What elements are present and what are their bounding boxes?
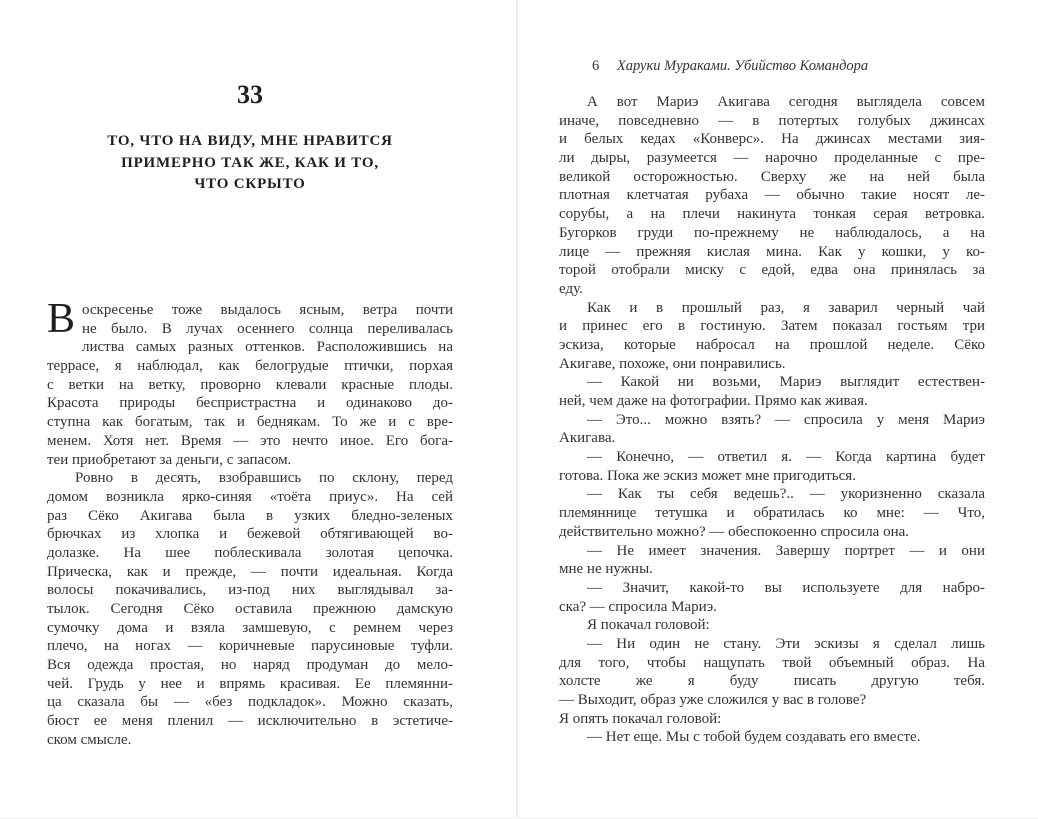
paragraph: — Ни один не стану. Эти эскизы я сделал … xyxy=(559,635,985,710)
text-line: Как и в прошлый раз, я заварил черный ча… xyxy=(559,299,985,318)
text-line: — Это... можно взять? — спросила у меня … xyxy=(559,411,985,430)
text-line: волосы покачивались, из-под них выглядыв… xyxy=(47,581,453,600)
paragraph: — Как ты себя ведешь?.. — укоризненно ск… xyxy=(559,485,985,541)
text-line: и белых кедах «Конверс». На джинсах мест… xyxy=(559,130,985,149)
text-line: мне не нужны. xyxy=(559,560,985,579)
text-line: для того, чтобы нащупать твой объемный о… xyxy=(559,654,985,673)
chapter-title: ТО, ЧТО НА ВИДУ, МНЕ НРАВИТСЯ ПРИМЕРНО Т… xyxy=(47,131,453,196)
text-line: плечо, на ногах — коричневые парусиновые… xyxy=(47,637,453,656)
text-line: раз Сёко Акигава была в узких бледно-зел… xyxy=(47,507,453,526)
text-line: с ветки на ветку, проворно клевали красн… xyxy=(47,376,453,395)
text-line: брючках из хлопка и бежевой обтягивающей… xyxy=(47,525,453,544)
text-line: ступна как богатым, так и беднякам. То ж… xyxy=(47,413,453,432)
text-line: Я покачал головой: xyxy=(559,616,985,635)
text-line: — Значит, какой-то вы используете для на… xyxy=(559,579,985,598)
drop-cap-letter: В xyxy=(47,301,75,338)
text-line: — Выходит, образ уже сложился у вас в го… xyxy=(559,691,985,710)
text-line: ли дыры, разумеется — нарочно проделанны… xyxy=(559,149,985,168)
text-line: — Как ты себя ведешь?.. — укоризненно ск… xyxy=(559,485,985,504)
text-line: сорубы, а на плечи накинута тонкая серая… xyxy=(559,205,985,224)
paragraph: — Не имеет значения. Завершу портрет — и… xyxy=(559,542,985,579)
paragraph: Ровно в десять, взобравшись по склону, п… xyxy=(47,469,453,749)
text-line: эскиза, которые набросал на прошлой неде… xyxy=(559,336,985,355)
paragraph: — Какой ни возьми, Мариэ выглядит естест… xyxy=(559,373,985,410)
left-page-body-text: Воскресенье тоже выдалось ясным, ветра п… xyxy=(47,301,453,750)
text-line: ней, чем даже на фотографии. Прямо как ж… xyxy=(559,392,985,411)
paragraph: — Нет еще. Мы с тобой будем создавать ег… xyxy=(559,728,985,747)
text-line: террасе, я наблюдал, как белогрудые птич… xyxy=(47,357,453,376)
text-line: Акигаве, похоже, они понравились. xyxy=(559,355,985,374)
text-line: сумочку дома и взяла замшевую, с ремнем … xyxy=(47,619,453,638)
text-line: — Какой ни возьми, Мариэ выглядит естест… xyxy=(559,373,985,392)
paragraph: — Это... можно взять? — спросила у меня … xyxy=(559,411,985,448)
text-line: готова. Пока же эскиз может мне пригодит… xyxy=(559,467,985,486)
paragraph: Я покачал головой: xyxy=(559,616,985,635)
text-line: действительно можно? — обеспокоенно спро… xyxy=(559,523,985,542)
text-line: Ровно в десять, взобравшись по склону, п… xyxy=(47,469,453,488)
chapter-title-line: ПРИМЕРНО ТАК ЖЕ, КАК И ТО, xyxy=(47,153,453,175)
text-line: ском смысле. xyxy=(47,731,453,750)
paragraph: — Конечно, — ответил я. — Когда картина … xyxy=(559,448,985,485)
text-line: лице — прежняя кислая мина. Как у кошки,… xyxy=(559,243,985,262)
text-line: ца сказала бы — «без подкладок». Можно с… xyxy=(47,693,453,712)
text-line: торой отобрали миску с едой, едва она пр… xyxy=(559,261,985,280)
text-line: менем. Хотя нет. Время — это нечто иное.… xyxy=(47,432,453,451)
text-line: Я опять покачал головой: xyxy=(559,710,985,729)
text-line: Красота природы беспристрастна и одинако… xyxy=(47,394,453,413)
text-line: тылок. Сегодня Сёко оставила прежнюю дам… xyxy=(47,600,453,619)
chapter-title-line: ТО, ЧТО НА ВИДУ, МНЕ НРАВИТСЯ xyxy=(47,131,453,153)
text-line: долазке. На шее поблескивала золотая цеп… xyxy=(47,544,453,563)
paragraph: — Значит, какой-то вы используете для на… xyxy=(559,579,985,616)
chapter-number: 33 xyxy=(47,80,453,110)
page-gutter-divider xyxy=(516,0,518,819)
text-line: Акигава. xyxy=(559,429,985,448)
text-line: оскресенье тоже выдалось ясным, ветра по… xyxy=(47,301,453,320)
text-line: бюст ее меня пленил — исключительно в эс… xyxy=(47,712,453,731)
right-page: 6 Харуки Мураками. Убийство Командора А … xyxy=(559,0,985,819)
page-number: 6 xyxy=(592,58,599,74)
text-line: племяннице тетушка и обратилась ко мне: … xyxy=(559,504,985,523)
running-title: Харуки Мураками. Убийство Командора xyxy=(617,58,868,74)
text-line: чей. Грудь у нее и впрямь красивая. Ее п… xyxy=(47,675,453,694)
text-line: плотная клетчатая рубаха — обычно такие … xyxy=(559,186,985,205)
paragraph: Я опять покачал головой: xyxy=(559,710,985,729)
paragraph: Воскресенье тоже выдалось ясным, ветра п… xyxy=(47,301,453,469)
text-line: — Ни один не стану. Эти эскизы я сделал … xyxy=(559,635,985,654)
book-spread: 33 ТО, ЧТО НА ВИДУ, МНЕ НРАВИТСЯ ПРИМЕРН… xyxy=(0,0,1038,819)
text-line: Прическа, как и прежде, — почти идеальна… xyxy=(47,563,453,582)
paragraph: А вот Мариэ Акигава сегодня выглядела со… xyxy=(559,93,985,299)
running-header: 6 Харуки Мураками. Убийство Командора xyxy=(559,57,985,75)
text-line: великой осторожностью. Сверху же на ней … xyxy=(559,168,985,187)
chapter-title-line: ЧТО СКРЫТО xyxy=(47,174,453,196)
paragraph: Как и в прошлый раз, я заварил черный ча… xyxy=(559,299,985,374)
text-line: иначе, повседневно — в потертых голубых … xyxy=(559,112,985,131)
text-line: и принес его в гостиную. Затем показал г… xyxy=(559,317,985,336)
right-page-body-text: А вот Мариэ Акигава сегодня выглядела со… xyxy=(559,93,985,747)
text-line: Вся одежда простая, но наряд продуман до… xyxy=(47,656,453,675)
text-line: холсте же я буду писать другую тебя. xyxy=(559,672,985,691)
text-line: А вот Мариэ Акигава сегодня выглядела со… xyxy=(559,93,985,112)
text-line: — Конечно, — ответил я. — Когда картина … xyxy=(559,448,985,467)
left-page: 33 ТО, ЧТО НА ВИДУ, МНЕ НРАВИТСЯ ПРИМЕРН… xyxy=(47,0,453,819)
text-line: ска? — спросила Мариэ. xyxy=(559,598,985,617)
text-line: домом возникла ярко-синяя «тоёта приус».… xyxy=(47,488,453,507)
text-line: теи приобретают за деньги, с запасом. xyxy=(47,451,453,470)
text-line: не было. В лучах осеннего солнца перелив… xyxy=(47,320,453,339)
text-line: Бугорков груди по-прежнему не наблюдалос… xyxy=(559,224,985,243)
text-line: — Не имеет значения. Завершу портрет — и… xyxy=(559,542,985,561)
text-line: — Нет еще. Мы с тобой будем создавать ег… xyxy=(559,728,985,747)
text-line: листва самых разных оттенков. Расположив… xyxy=(47,338,453,357)
text-line: еду. xyxy=(559,280,985,299)
